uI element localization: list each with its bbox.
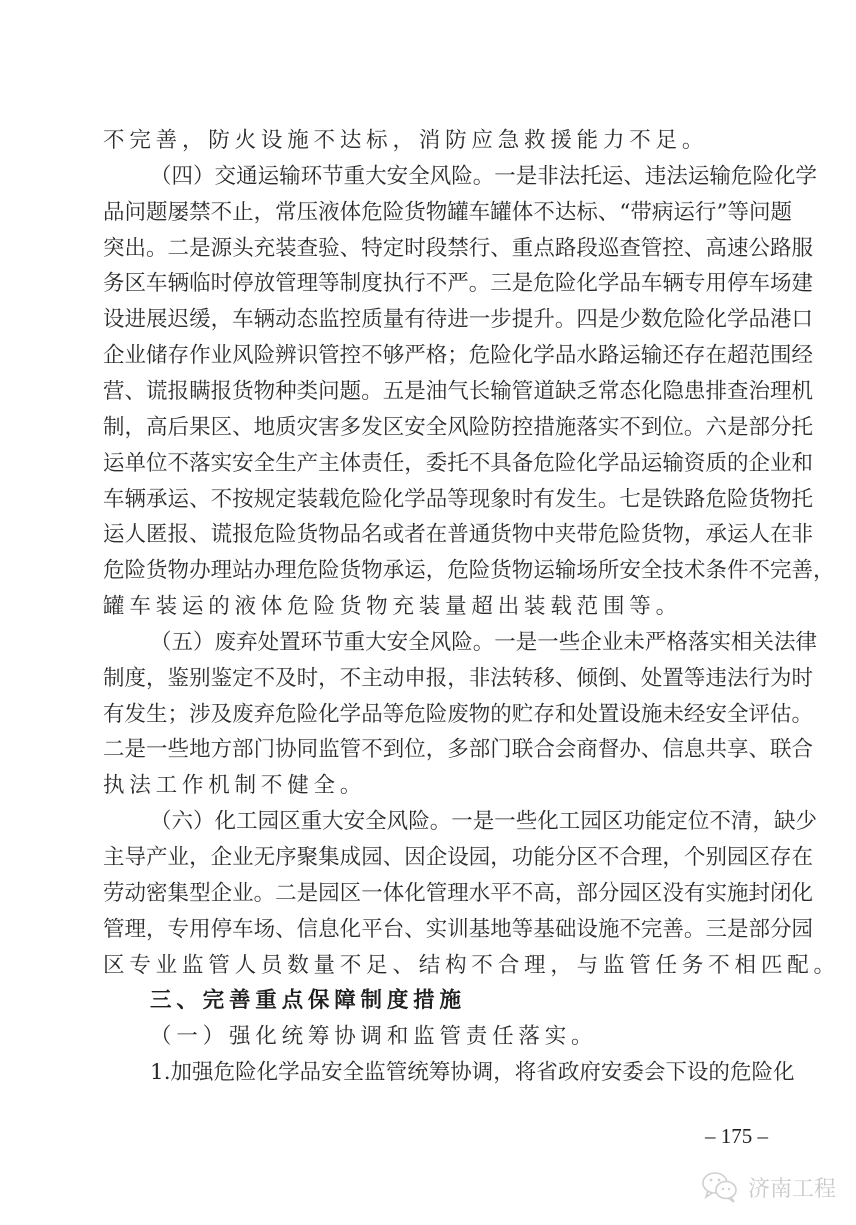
text-line: 运人匿报、谎报危险货物品名或者在普通货物中夹带危险货物，承运人在非: [103, 520, 765, 550]
text-line: 务区车辆临时停放管理等制度执行不严。三是危险化学品车辆专用停车场建: [103, 269, 765, 299]
text-line: 不完善，防火设施不达标，消防应急救援能力不足。: [103, 126, 765, 156]
text-line: 企业储存作业风险辨识管控不够严格；危险化学品水路运输还存在超范围经: [103, 341, 765, 371]
text-line: 运单位不落实安全生产主体责任，委托不具备危险化学品运输资质的企业和: [103, 449, 765, 479]
text-line: 品问题屡禁不止，常压液体危险货物罐车罐体不达标、“带病运行”等问题: [103, 198, 765, 228]
text-line: 制，高后果区、地质灾害多发区安全风险防控措施落实不到位。六是部分托: [103, 413, 765, 443]
text-line: （一）强化统筹协调和监管责任落实。: [150, 1022, 765, 1052]
text-line: 区专业监管人员数量不足、结构不合理，与监管任务不相匹配。: [103, 951, 765, 981]
watermark-label: 济南工程: [748, 1172, 836, 1203]
text-line: 车辆承运、不按规定装载危险化学品等现象时有发生。七是铁路危险货物托: [103, 485, 765, 515]
section-heading: 三、完善重点保障制度措施: [150, 986, 765, 1016]
text-line: 劳动密集型企业。二是园区一体化管理水平不高，部分园区没有实施封闭化: [103, 879, 765, 909]
text-line: （四）交通运输环节重大安全风险。一是非法托运、违法运输危险化学: [150, 162, 765, 192]
text-line: 有发生；涉及废弃危险化学品等危险废物的贮存和处置设施未经安全评估。: [103, 700, 765, 730]
text-line: 1. 加强危险化学品安全监管统筹协调，将省政府安委会下设的危险化: [150, 1058, 765, 1088]
text-line: 制度，鉴别鉴定不及时，不主动申报，非法转移、倾倒、处置等违法行为时: [103, 664, 765, 694]
text-line: 罐车装运的液体危险货物充装量超出装载范围等。: [103, 592, 765, 622]
page-number: – 175 –: [705, 1124, 768, 1149]
text-line: 营、谎报瞒报货物种类问题。五是油气长输管道缺乏常态化隐患排查治理机: [103, 377, 765, 407]
text-line: 执法工作机制不健全。: [103, 771, 765, 801]
text-line: 突出。二是源头充装查验、特定时段禁行、重点路段巡查管控、高速公路服: [103, 234, 765, 264]
text-line: （六）化工园区重大安全风险。一是一些化工园区功能定位不清，缺少: [150, 807, 765, 837]
text-line: 危险货物办理站办理危险货物承运，危险货物运输场所安全技术条件不完善，: [103, 556, 765, 586]
text-line: 管理，专用停车场、信息化平台、实训基地等基础设施不完善。三是部分园: [103, 915, 765, 945]
wechat-icon: [700, 1170, 740, 1204]
watermark: 济南工程: [700, 1170, 836, 1204]
text-line: 主导产业，企业无序聚集成园、因企设园，功能分区不合理，个别园区存在: [103, 843, 765, 873]
document-page: 不完善，防火设施不达标，消防应急救援能力不足。（四）交通运输环节重大安全风险。一…: [0, 0, 856, 1225]
text-line: （五）废弃处置环节重大安全风险。一是一些企业未严格落实相关法律: [150, 628, 765, 658]
text-line: 设进展迟缓，车辆动态监控质量有待进一步提升。四是少数危险化学品港口: [103, 305, 765, 335]
text-line: 二是一些地方部门协同监管不到位，多部门联合会商督办、信息共享、联合: [103, 735, 765, 765]
